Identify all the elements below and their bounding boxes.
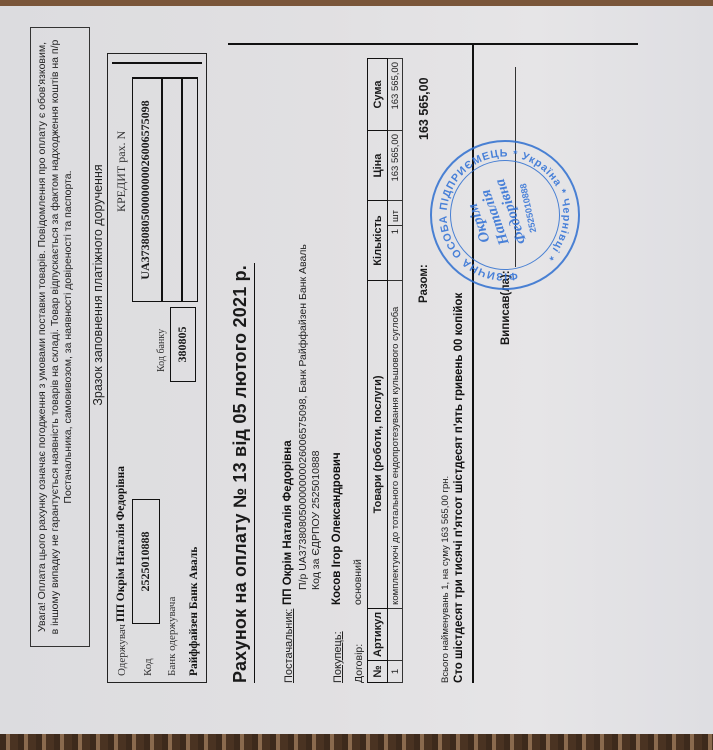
account-box: UA373808050000000026006575098 [132, 77, 198, 302]
code-label: Код [142, 658, 154, 676]
separator [472, 43, 474, 683]
bank-name: Райффайзен Банк Аваль [188, 547, 200, 676]
cell-goods: комплектуючі до тотального ендопротезува… [388, 281, 403, 609]
col-article: Артикул [368, 608, 388, 660]
bank-label: Банк одержувача [166, 597, 178, 676]
account-value: UA373808050000000026006575098 [133, 79, 153, 301]
buyer-name: Косов Ігор Олександрович [331, 452, 343, 605]
invoice-document: Увага! Оплата цього рахунку означає пого… [0, 5, 713, 735]
items-count-line: Всього найменувань 1, на суму 163 565,00… [440, 476, 451, 683]
buyer-label: Покупець: [332, 631, 344, 683]
col-price: Ціна [368, 131, 388, 201]
recipient-label: Одержувач [116, 624, 128, 676]
bank-code-label: Код банку [156, 329, 167, 372]
col-sum: Сума [368, 59, 388, 131]
payment-form: Одержувач ПП Окрім Наталія Федорівна Код… [107, 53, 207, 683]
total-value: 163 565,00 [417, 77, 431, 140]
col-no: № [368, 661, 388, 683]
divider [181, 79, 183, 301]
amount-in-words: Сто шістдесят три тисячі п'ятсот шістдес… [453, 293, 465, 683]
supplier-name: ПП Окрім Наталія Федорівна [282, 440, 294, 605]
cell-article [388, 608, 403, 660]
cell-sum: 163 565,00 [388, 59, 403, 131]
payment-form-title: Зразок заповнення платіжного доручення [91, 65, 105, 505]
table-row: 1 комплектуючі до тотального ендопротезу… [388, 59, 403, 683]
code-value: 2525010888 [133, 500, 157, 623]
bank-code-value: 380805 [171, 308, 193, 381]
divider [161, 79, 163, 301]
cell-price: 163 565,00 [388, 131, 403, 201]
cell-unit: шт [388, 201, 403, 226]
total-label: Разом: [418, 264, 430, 303]
recipient-name: ПП Окрім Наталія Федорівна [115, 466, 127, 622]
cell-no: 1 [388, 661, 403, 683]
items-table: № Артикул Товари (роботи, послуги) Кільк… [367, 58, 403, 683]
code-box: 2525010888 [132, 499, 160, 624]
contract-label: Договір: [353, 644, 365, 683]
divider [112, 62, 202, 64]
supplier-account: П/р UA373808050000000026006575098, Банк … [297, 244, 309, 590]
warning-box: Увага! Оплата цього рахунку означає пого… [30, 27, 90, 647]
supplier-label: Постачальник: [283, 609, 295, 683]
table-edge [0, 734, 713, 750]
contract-value: основний [352, 559, 364, 605]
table-header-row: № Артикул Товари (роботи, послуги) Кільк… [368, 59, 388, 683]
cell-qty: 1 [388, 226, 403, 281]
col-qty: Кількість [368, 201, 388, 281]
bank-code-box: 380805 [170, 307, 196, 382]
company-stamp: ФІЗИЧНА ОСОБА ПІДПРИЄМЕЦЬ * Україна * Че… [416, 126, 594, 304]
invoice-title: Рахунок на оплату № 13 від 05 лютого 202… [230, 263, 255, 683]
col-goods: Товари (роботи, послуги) [368, 281, 388, 609]
credit-label: КРЕДИТ рах. N [114, 131, 129, 212]
divider [228, 43, 638, 45]
supplier-edrpou: Код за ЄДРПОУ 2525010888 [310, 451, 322, 590]
